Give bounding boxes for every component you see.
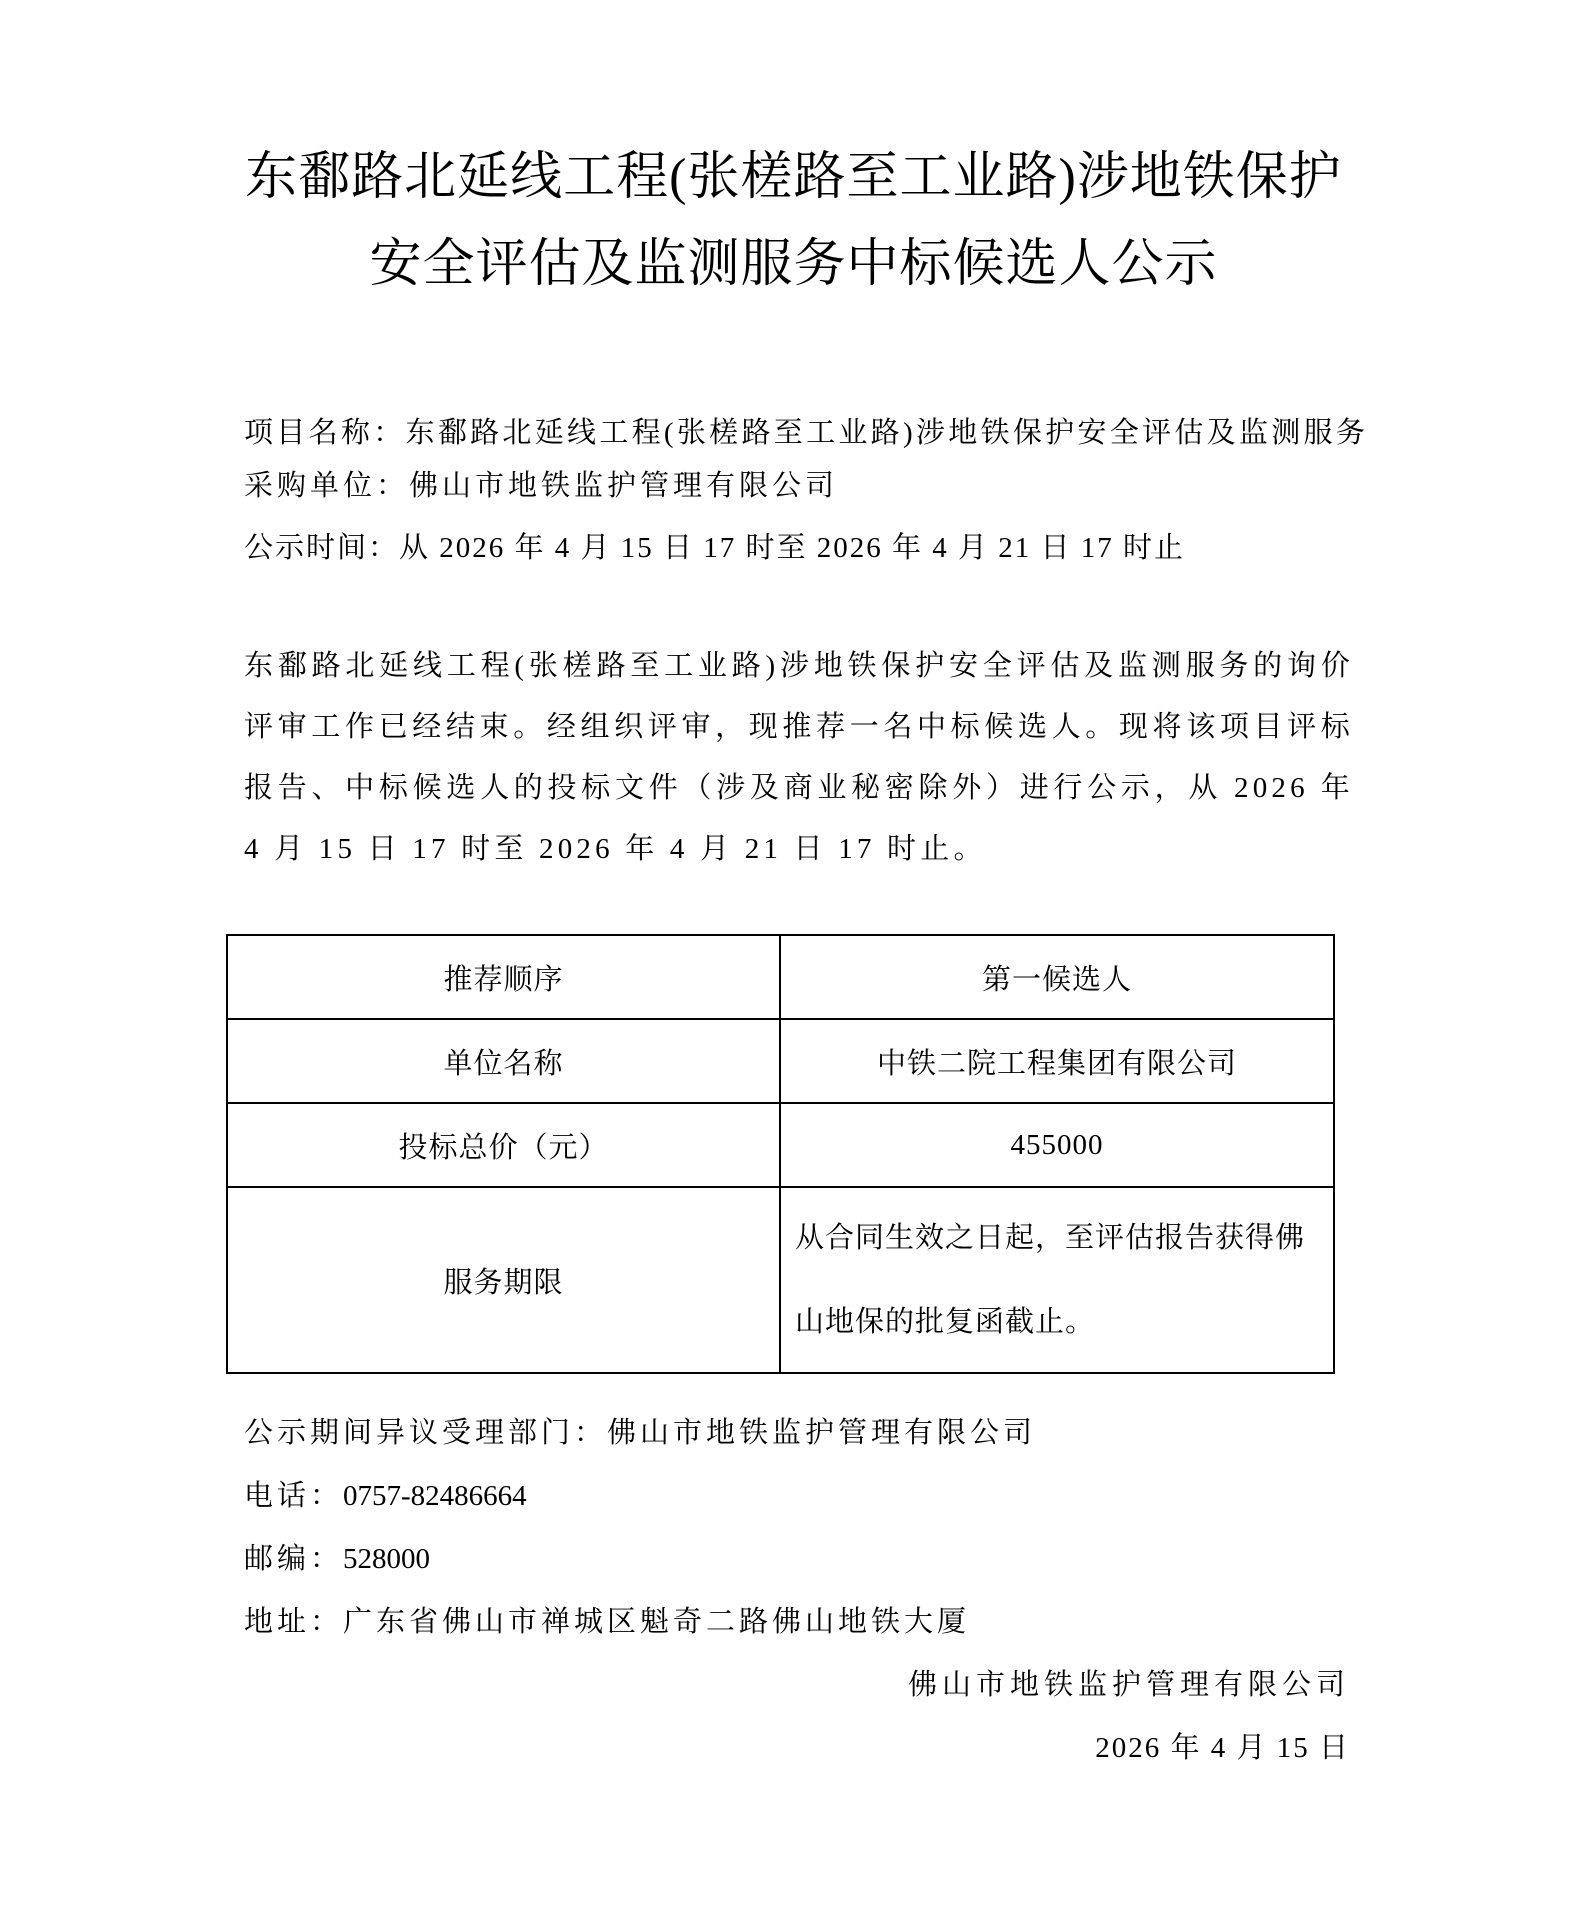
objection-dept-line: 公示期间异议受理部门：佛山市地铁监护管理有限公司 [244, 1415, 1036, 1451]
signature-organization: 佛山市地铁监护管理有限公司 [908, 1667, 1350, 1703]
postcode-line: 邮编：528000 [244, 1541, 430, 1577]
address-label: 地址： [244, 1606, 343, 1638]
row-value-bid-price: 455000 [780, 1103, 1334, 1187]
signature-date: 2026 年 4 月 15 日 [1095, 1730, 1350, 1766]
row-value-company: 中铁二院工程集团有限公司 [780, 1019, 1334, 1103]
table-row: 单位名称 中铁二院工程集团有限公司 [227, 1019, 1334, 1103]
table-row: 推荐顺序 第一候选人 [227, 935, 1334, 1019]
project-name-line: 项目名称：东鄱路北延线工程(张槎路至工业路)涉地铁保护安全评估及监测服务 [244, 415, 1368, 451]
row-label-rank: 推荐顺序 [227, 935, 780, 1019]
purchaser-label: 采购单位： [244, 470, 409, 502]
purchaser-line: 采购单位：佛山市地铁监护管理有限公司 [244, 468, 838, 504]
phone-line: 电话：0757-82486664 [244, 1478, 527, 1514]
project-name-value: 东鄱路北延线工程(张槎路至工业路)涉地铁保护安全评估及监测服务 [406, 417, 1369, 449]
candidate-table: 推荐顺序 第一候选人 单位名称 中铁二院工程集团有限公司 投标总价（元） 455… [226, 934, 1335, 1374]
table-row: 服务期限 从合同生效之日起，至评估报告获得佛山地保的批复函截止。 [227, 1187, 1334, 1373]
row-value-service-period: 从合同生效之日起，至评估报告获得佛山地保的批复函截止。 [780, 1187, 1334, 1373]
publicity-period-line: 公示时间：从 2026 年 4 月 15 日 17 时至 2026 年 4 月 … [244, 530, 1185, 566]
document-page: 东鄱路北延线工程(张槎路至工业路)涉地铁保护 安全评估及监测服务中标候选人公示 … [0, 0, 1587, 1909]
row-value-rank: 第一候选人 [780, 935, 1334, 1019]
objection-dept-value: 佛山市地铁监护管理有限公司 [607, 1417, 1036, 1449]
purchaser-value: 佛山市地铁监护管理有限公司 [409, 470, 838, 502]
publicity-period-value: 从 2026 年 4 月 15 日 17 时至 2026 年 4 月 21 日 … [399, 532, 1185, 564]
row-label-service-period: 服务期限 [227, 1187, 780, 1373]
postcode-value: 528000 [343, 1543, 430, 1575]
objection-dept-label: 公示期间异议受理部门： [244, 1417, 607, 1449]
announcement-paragraph: 东鄱路北延线工程(张槎路至工业路)涉地铁保护安全评估及监测服务的询价评审工作已经… [244, 636, 1354, 880]
address-value: 广东省佛山市禅城区魁奇二路佛山地铁大厦 [343, 1606, 970, 1638]
document-title-line-2: 安全评估及监测服务中标候选人公示 [0, 235, 1587, 295]
row-label-bid-price: 投标总价（元） [227, 1103, 780, 1187]
document-title-line-1: 东鄱路北延线工程(张槎路至工业路)涉地铁保护 [0, 148, 1587, 208]
row-label-company: 单位名称 [227, 1019, 780, 1103]
project-name-label: 项目名称： [244, 417, 406, 449]
postcode-label: 邮编： [244, 1543, 343, 1575]
publicity-period-label: 公示时间： [244, 532, 399, 564]
phone-label: 电话： [244, 1480, 343, 1512]
address-line: 地址：广东省佛山市禅城区魁奇二路佛山地铁大厦 [244, 1604, 970, 1640]
phone-value: 0757-82486664 [343, 1480, 527, 1512]
table-row: 投标总价（元） 455000 [227, 1103, 1334, 1187]
